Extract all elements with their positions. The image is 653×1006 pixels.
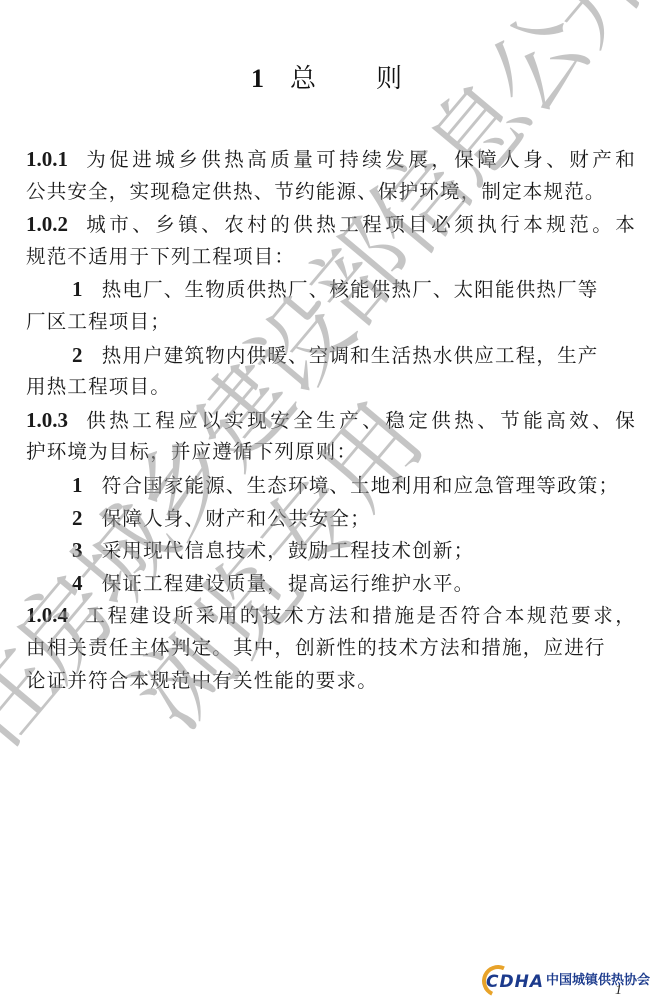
clause-number: 1.0.1 — [26, 147, 68, 171]
clause-number: 1.0.4 — [26, 603, 68, 627]
item-text: 保障人身、财产和公共安全； — [102, 507, 371, 530]
item-text: 用热工程项目。 — [26, 375, 171, 398]
item-number: 4 — [72, 571, 84, 595]
clause-1-0-3-line-1: 1.0.3供热工程应以实现安全生产、稳定供热、节能高效、保 — [26, 404, 636, 437]
clause-1-0-4-line-3: 论证并符合本规范中有关性能的要求。 — [26, 665, 636, 698]
item-text: 热用户建筑物内供暖、空调和生活热水供应工程，生产 — [102, 344, 599, 367]
clause-text: 规范不适用于下列工程项目： — [26, 245, 295, 268]
clause-number: 1.0.2 — [26, 212, 68, 236]
item-text: 保证工程建设质量，提高运行维护水平。 — [102, 572, 475, 595]
clause-1-0-2-line-1: 1.0.2城市、乡镇、农村的供热工程项目必须执行本规范。本 — [26, 208, 636, 241]
clause-text: 由相关责任主体判定。其中，创新性的技术方法和措施，应进行 — [26, 636, 606, 659]
clause-number: 1.0.3 — [26, 408, 68, 432]
clause-text: 工程建设所采用的技术方法和措施是否符合本规范要求， — [84, 604, 636, 627]
clause-1-0-1-line-2: 公共安全，实现稳定供热、节约能源、保护环境，制定本规范。 — [26, 176, 636, 209]
chapter-title: 1总则 — [0, 58, 653, 95]
list-item-line: 1热电厂、生物质供热厂、核能供热厂、太阳能供热厂等 — [26, 273, 636, 306]
clause-text: 论证并符合本规范中有关性能的要求。 — [26, 669, 378, 692]
document-body: 1.0.1为促进城乡供热高质量可持续发展，保障人身、财产和 公共安全，实现稳定供… — [26, 143, 636, 697]
clause-text: 护环境为目标，并应遵循下列原则： — [26, 440, 357, 463]
item-number: 3 — [72, 538, 84, 562]
clause-text: 为促进城乡供热高质量可持续发展，保障人身、财产和 — [84, 148, 636, 171]
list-item-line: 2热用户建筑物内供暖、空调和生活热水供应工程，生产 — [26, 339, 636, 372]
item-number: 1 — [72, 473, 84, 497]
organization-name: 中国城镇供热协会 — [546, 969, 650, 988]
clause-text: 公共安全，实现稳定供热、节约能源、保护环境，制定本规范。 — [26, 180, 606, 203]
item-text: 厂区工程项目； — [26, 310, 171, 333]
list-item-continuation: 用热工程项目。 — [26, 371, 636, 404]
list-item-line: 4保证工程建设质量，提高运行维护水平。 — [26, 567, 636, 600]
cdha-logo-icon: CDHA — [480, 963, 540, 993]
footer-logo: CDHA 中国城镇供热协会 — [480, 963, 650, 993]
chapter-number: 1 — [251, 64, 264, 93]
item-text: 采用现代信息技术，鼓励工程技术创新； — [102, 539, 475, 562]
clause-1-0-3-line-2: 护环境为目标，并应遵循下列原则： — [26, 436, 636, 469]
list-item-continuation: 厂区工程项目； — [26, 306, 636, 339]
page-number: 1 — [615, 983, 622, 999]
list-item-line: 3采用现代信息技术，鼓励工程技术创新； — [26, 534, 636, 567]
chapter-title-part1: 总 — [290, 64, 316, 94]
clause-text: 供热工程应以实现安全生产、稳定供热、节能高效、保 — [84, 409, 636, 432]
item-text: 热电厂、生物质供热厂、核能供热厂、太阳能供热厂等 — [102, 278, 599, 301]
item-number: 2 — [72, 343, 84, 367]
clause-1-0-2-line-2: 规范不适用于下列工程项目： — [26, 241, 636, 274]
chapter-title-part2: 则 — [376, 64, 402, 94]
clause-text: 城市、乡镇、农村的供热工程项目必须执行本规范。本 — [84, 213, 636, 236]
item-number: 2 — [72, 506, 84, 530]
clause-1-0-4-line-1: 1.0.4工程建设所采用的技术方法和措施是否符合本规范要求， — [26, 599, 636, 632]
list-item-line: 2保障人身、财产和公共安全； — [26, 502, 636, 535]
list-item-line: 1符合国家能源、生态环境、土地利用和应急管理等政策； — [26, 469, 636, 502]
item-text: 符合国家能源、生态环境、土地利用和应急管理等政策； — [102, 474, 620, 497]
logo-text: CDHA — [486, 972, 544, 992]
item-number: 1 — [72, 277, 84, 301]
clause-1-0-4-line-2: 由相关责任主体判定。其中，创新性的技术方法和措施，应进行 — [26, 632, 636, 665]
clause-1-0-1-line-1: 1.0.1为促进城乡供热高质量可持续发展，保障人身、财产和 — [26, 143, 636, 176]
